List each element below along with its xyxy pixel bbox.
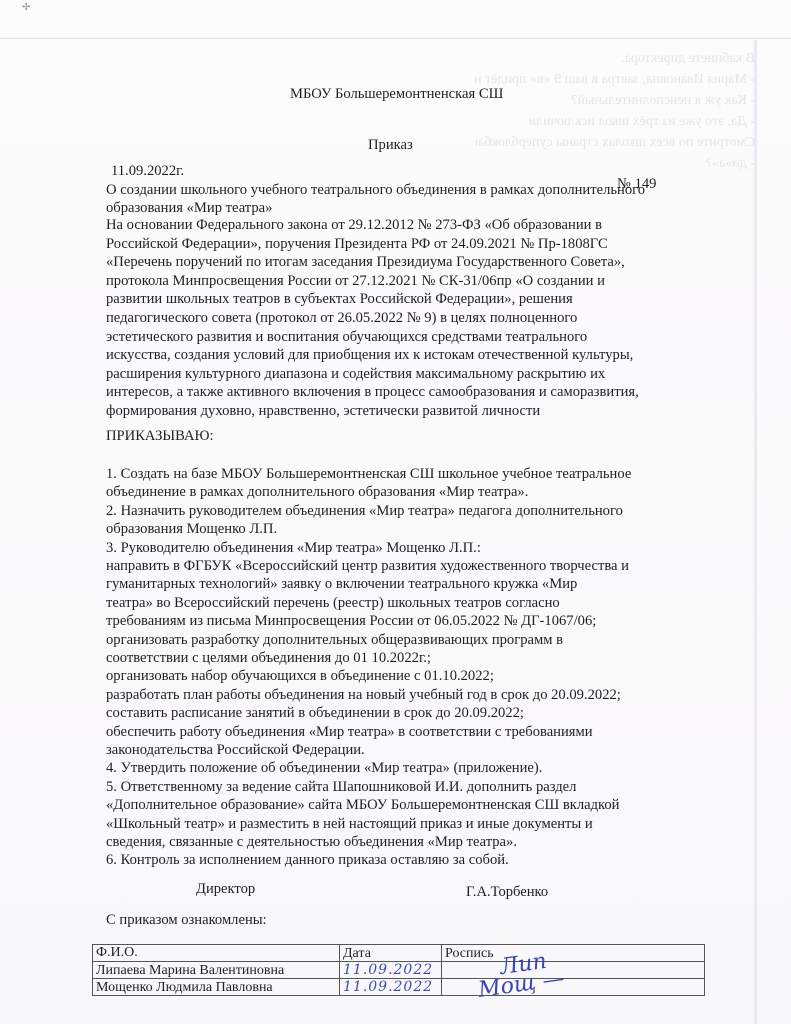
director-label: Директор — [196, 880, 255, 899]
preamble-line: протокола Минпросвещения России от 27.12… — [106, 272, 605, 291]
row-name: Мощенко Людмила Павловна — [93, 979, 340, 996]
order-line: соответствии с целями объединения до 01 … — [106, 649, 431, 668]
row-date: 11.09.2022 — [340, 979, 442, 996]
order-document: МБОУ Большеремонтненская СШ Приказ 11.09… — [0, 0, 791, 1024]
preamble-line: интересов, а также активного включения в… — [106, 383, 639, 402]
preamble-line: развитии школьных театров в субъектах Ро… — [106, 290, 573, 309]
order-line: составить расписание занятий в объединен… — [106, 704, 524, 723]
row-date: 11.09.2022 — [340, 962, 442, 979]
row-signature — [442, 962, 705, 979]
order-line: «Школьный театр» и разместить в ней наст… — [106, 815, 593, 834]
order-line: 4. Утвердить положение об объединении «М… — [106, 759, 542, 778]
document-type-heading: Приказ — [368, 136, 413, 155]
row-name: Липаева Марина Валентиновна — [93, 962, 340, 979]
order-line: сведения, связанные с деятельностью объе… — [106, 833, 517, 852]
order-line: разработать план работы объединения на н… — [106, 686, 621, 705]
preamble-line: На основании Федерального закона от 29.1… — [106, 216, 602, 235]
organization-name: МБОУ Большеремонтненская СШ — [290, 85, 503, 104]
director-name: Г.А.Торбенко — [466, 883, 548, 902]
preamble-line: расширения культурного диапазона и содей… — [106, 365, 605, 384]
preamble-line: Российской Федерации», поручения Президе… — [106, 235, 608, 254]
preamble-line: формирования духовно, нравственно, эстет… — [106, 402, 540, 421]
preamble-line: «Перечень поручений по итогам заседания … — [106, 253, 625, 272]
title-line: О создании школьного учебного театрально… — [106, 181, 645, 200]
acknowledgement-table: Ф.И.О. Дата Роспись Липаева Марина Вален… — [92, 944, 705, 996]
header-date: Дата — [340, 945, 442, 962]
order-line: требованиям из письма Минпросвещения Рос… — [106, 612, 596, 631]
order-line: образования Мощенко Л.П. — [106, 520, 277, 539]
preamble-line: эстетического развития и воспитания обуч… — [106, 328, 587, 347]
order-line: законодательства Российской Федерации. — [106, 741, 365, 760]
order-date: 11.09.2022г. — [111, 162, 184, 181]
order-line: обеспечить работу объединения «Мир театр… — [106, 723, 593, 742]
header-signature: Роспись — [442, 945, 705, 962]
preamble-line: искусства, создания условий для приобщен… — [106, 346, 633, 365]
acknowledged-label: С приказом ознакомлены: — [106, 911, 267, 930]
order-line: объединение в рамках дополнительного обр… — [106, 483, 528, 502]
order-line: организовать разработку дополнительных о… — [106, 631, 563, 650]
order-line: 2. Назначить руководителем объединения «… — [106, 502, 623, 521]
header-name: Ф.И.О. — [93, 945, 340, 962]
order-line: 6. Контроль за исполнением данного прика… — [106, 851, 509, 870]
order-word: ПРИКАЗЫВАЮ: — [106, 427, 214, 446]
order-line: театра» во Всероссийский перечень (реест… — [106, 594, 560, 613]
table-row: Мощенко Людмила Павловна 11.09.2022 — [93, 979, 705, 996]
order-line: организовать набор обучающихся в объедин… — [106, 667, 494, 686]
order-line: 1. Создать на базе МБОУ Большеремонтненс… — [106, 465, 631, 484]
order-line: 3. Руководителю объединения «Мир театра»… — [106, 539, 481, 558]
table-header-row: Ф.И.О. Дата Роспись — [93, 945, 705, 962]
order-line: 5. Ответственному за ведение сайта Шапош… — [106, 778, 576, 797]
order-line: гуманитарных технологий» заявку о включе… — [106, 575, 577, 594]
order-line: направить в ФГБУК «Всероссийский центр р… — [106, 557, 629, 576]
preamble-line: педагогического совета (протокол от 26.0… — [106, 309, 577, 328]
order-line: «Дополнительное образование» сайта МБОУ … — [106, 796, 619, 815]
table-row: Липаева Марина Валентиновна 11.09.2022 — [93, 962, 705, 979]
